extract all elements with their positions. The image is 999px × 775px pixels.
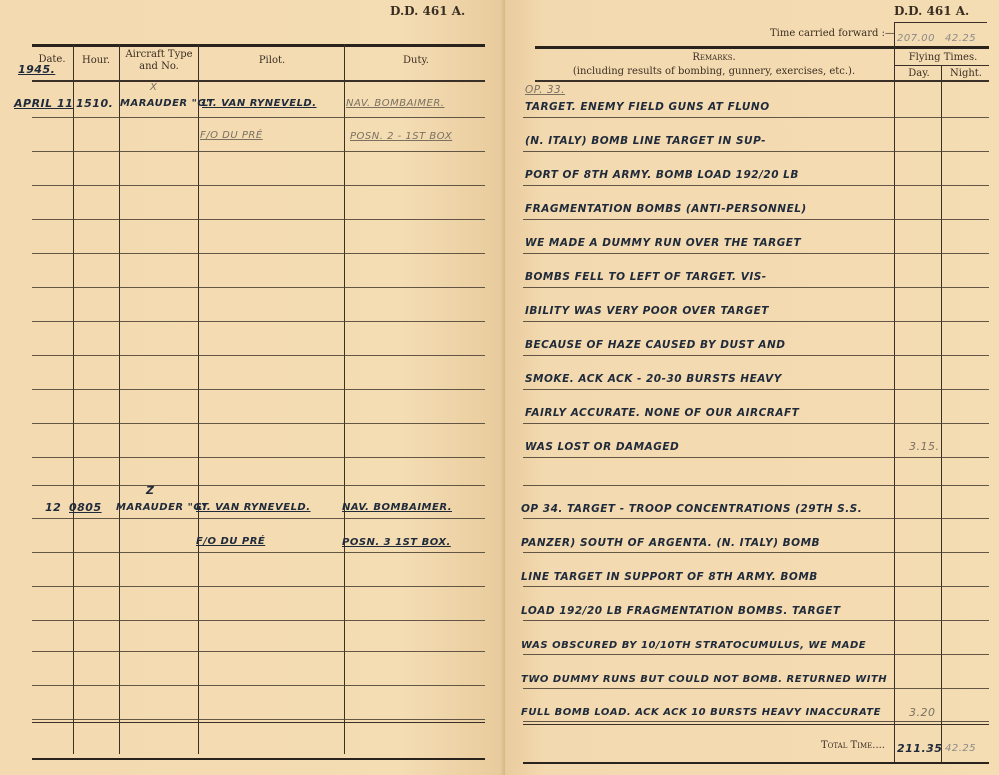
row-rule [523, 654, 989, 655]
entry1-remark-line: Op. 33. [525, 84, 565, 96]
header-top-rule [32, 44, 485, 47]
entry1-remark-line: fairly accurate. None of our aircraft [525, 407, 799, 419]
header-bottom-rule [535, 80, 989, 82]
entry2-hour: 0805 [69, 501, 102, 514]
entry1-remark-line: ibility was very poor over target [525, 305, 769, 317]
row-rule [523, 321, 989, 322]
header-night: Night. [943, 68, 989, 80]
row-rule [523, 253, 989, 254]
entry1-remark-line: Target. Enemy Field Guns at Fluno [525, 101, 770, 113]
row-rule [32, 253, 485, 254]
header-remarks: Remarks. [535, 52, 893, 64]
row-rule [523, 287, 989, 288]
entry1-remark-line: Bombs fell to left of target. Vis- [525, 271, 767, 283]
entry2-remark-line: was obscured by 10/10th stratocumulus, w… [521, 640, 866, 651]
bottom-rule [32, 758, 485, 760]
entry1-remark-line: because of haze caused by dust and [525, 339, 786, 351]
row-rule [523, 518, 989, 519]
header-aircraft: Aircraft Type and No. [120, 49, 198, 73]
entry2-remark-line: Load 192/20 lb Fragmentation Bombs. Targ… [521, 605, 841, 617]
entry2-remark-line: Line Target in support of 8th Army. Bomb [521, 571, 818, 583]
row-rule [523, 721, 989, 722]
entry1-aircraft-mark: X [150, 82, 157, 93]
row-rule [32, 685, 485, 686]
form-code-right: D.D. 461 A. [894, 4, 969, 18]
row-rule [32, 355, 485, 356]
row-rule [523, 586, 989, 587]
flying-times-subrule [895, 65, 989, 66]
row-rule [32, 552, 485, 553]
right-page: D.D. 461 A. Time carried forward :— 207.… [505, 0, 999, 775]
row-rule [32, 719, 485, 720]
entry2-duty-line1: Nav. Bombaimer. [342, 502, 452, 513]
row-rule [523, 620, 989, 621]
entry1-duty-line2: Posn. 2 - 1st Box [350, 131, 452, 142]
col-line-day [941, 65, 942, 762]
entry1-pilot-line2: F/O Du Pré [200, 130, 263, 141]
year-1945: 1945. [18, 63, 55, 76]
entry1-aircraft: Marauder "G" [120, 98, 212, 109]
time-carried-forward-label: Time carried forward :— [765, 28, 895, 40]
entry2-pilot-line1: Lt. Van Ryneveld. [196, 502, 311, 513]
row-rule [32, 185, 485, 186]
entry2-remark-line: Panzer) South of Argenta. (N. Italy) Bom… [521, 537, 820, 549]
header-remarks-sub: (including results of bombing, gunnery, … [535, 66, 893, 78]
header-top-rule [535, 46, 989, 49]
row-rule [32, 651, 485, 652]
entry1-hour: 1510. [76, 97, 113, 110]
row-rule [32, 518, 485, 519]
header-hour: Hour. [74, 55, 118, 67]
row-rule [523, 151, 989, 152]
entry1-pilot-line1: Lt. Van Ryneveld. [202, 98, 317, 109]
row-rule [32, 620, 485, 621]
entry2-aircraft-mark: Z [146, 484, 154, 497]
row-rule [523, 485, 989, 486]
form-code-left: D.D. 461 A. [390, 4, 465, 18]
row-rule [32, 219, 485, 220]
col-line-remarks [894, 22, 895, 762]
entry2-aircraft: Marauder "G" [116, 502, 208, 513]
entry1-remark-line: smoke. Ack Ack - 20-30 bursts heavy [525, 373, 782, 385]
entry1-duty-line1: Nav. Bombaimer. [346, 98, 444, 109]
row-rule [523, 185, 989, 186]
row-rule [523, 688, 989, 689]
header-duty: Duty. [346, 55, 486, 67]
row-rule [523, 389, 989, 390]
row-rule [32, 389, 485, 390]
entry1-remark-line: Fragmentation Bombs (Anti-Personnel) [525, 203, 807, 215]
row-rule [32, 117, 485, 118]
double-rule [32, 722, 485, 723]
entry1-remark-line: (N. Italy) Bomb Line Target in sup- [525, 135, 766, 147]
entry2-pilot-line2: F/O Du Pré [196, 536, 265, 547]
row-rule [523, 117, 989, 118]
time-carried-forward-day: 207.00 [897, 33, 935, 44]
time-carried-forward-night: 42.25 [945, 33, 976, 44]
left-page: D.D. 461 A. Date. 1945. Hour. Aircraft T… [0, 0, 505, 775]
row-rule [523, 552, 989, 553]
entry1-remark-line: We made a dummy run over the target [525, 237, 801, 249]
header-pilot: Pilot. [200, 55, 344, 67]
entry2-date: 12 [45, 501, 61, 514]
row-rule [523, 355, 989, 356]
total-time-night: 42.25 [945, 743, 976, 754]
header-day: Day. [897, 68, 941, 80]
row-rule [32, 287, 485, 288]
header-bottom-rule [32, 80, 485, 82]
row-rule [523, 457, 989, 458]
row-rule [32, 586, 485, 587]
row-rule [523, 219, 989, 220]
entry1-date: April 11 [14, 97, 73, 110]
double-rule [523, 724, 989, 725]
row-rule [523, 423, 989, 424]
row-rule [32, 321, 485, 322]
bottom-rule [523, 762, 989, 764]
entry2-duty-line2: Posn. 3 1st Box. [342, 537, 451, 548]
row-rule [32, 423, 485, 424]
entry2-remark-line: two dummy runs but could not bomb. Retur… [521, 674, 887, 685]
carried-forward-box-top [895, 22, 987, 23]
total-time-label: Total Time.... [765, 740, 885, 752]
row-rule [32, 485, 485, 486]
row-rule [32, 457, 485, 458]
header-flying-times: Flying Times. [897, 52, 989, 64]
entry1-remark-line: port of 8th Army. Bomb Load 192/20 lb [525, 169, 799, 181]
total-time-day: 211.35 [897, 742, 942, 755]
entry1-remark-line: was lost or damaged [525, 441, 679, 453]
entry2-remark-line: full bomb load. Ack Ack 10 bursts heavy … [521, 707, 881, 718]
row-rule [32, 151, 485, 152]
entry2-day-time: 3.20 [909, 706, 936, 719]
entry2-remark-line: Op 34. Target - Troop Concentrations (29… [521, 503, 862, 515]
entry1-day-time: 3.15. [909, 440, 940, 453]
